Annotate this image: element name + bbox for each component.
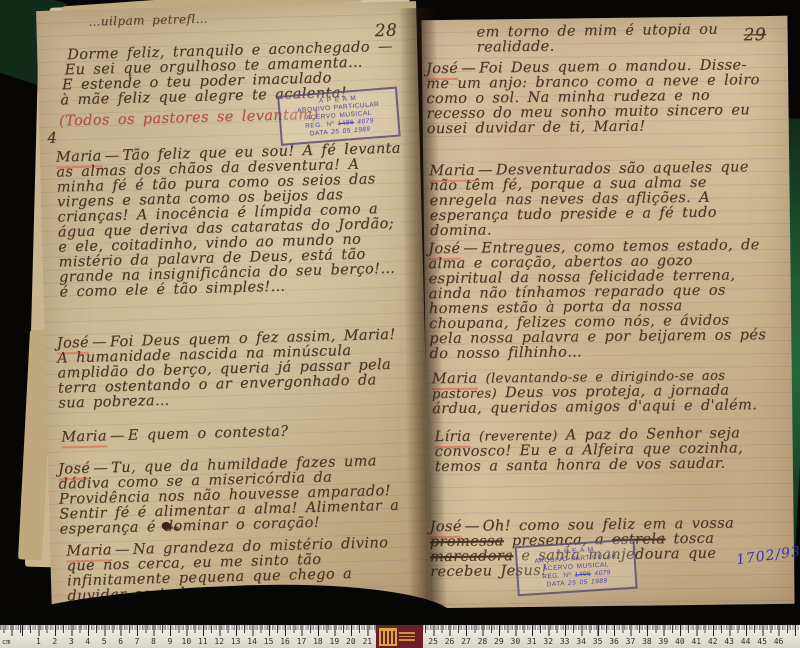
archive-stamp: A P E A M ARQUIVO PARTICULAR ACERVO MUSI… [515, 539, 638, 597]
ruler-number: 34 [576, 637, 586, 646]
ruler-unit-label: cm [2, 638, 10, 646]
speech-maria-2: Maria—E quem o contesta? [61, 421, 411, 445]
building-icon [379, 628, 397, 646]
speaker-dash: — [89, 334, 110, 351]
ruler-number: 4 [85, 637, 90, 646]
ruler-number: 35 [593, 637, 603, 646]
ruler-number: 29 [494, 637, 504, 646]
speech-text: Tão feliz que eu sou! A fé levanta as al… [56, 141, 401, 301]
ruler-number: 43 [724, 637, 734, 646]
ruler-number: 2 [52, 637, 57, 646]
manuscript-photo: …uilpam petrefl… 28 Dorme feliz, tranqui… [0, 0, 800, 648]
ruler-number: 9 [168, 637, 173, 646]
manuscript-page-right: em torno de mim é utopia ou realidade. 2… [421, 16, 794, 608]
cutoff-line-fragment: …uilpam petrefl… [88, 13, 208, 29]
ruler-number: 46 [774, 637, 784, 646]
speech-jose-1: José—Foi Deus quem o mandou. Disse-me um… [426, 58, 767, 137]
ruler-number: 11 [198, 637, 208, 646]
stamp-date-label: DATA [547, 580, 565, 588]
archive-stamp: A P E A M ARQUIVO PARTICULAR ACERVO MUSI… [277, 87, 401, 146]
measuring-ruler: cm 1234567891011121314151617181920212225… [0, 625, 800, 648]
ruler-number: 20 [346, 637, 356, 646]
ruler-number: 1 [36, 637, 41, 646]
stamp-reg-value: 4079 [594, 569, 611, 577]
speaker-dash: — [458, 61, 479, 77]
speech-maria-1: Maria—Tão feliz que eu sou! A fé levanta… [56, 141, 410, 300]
archive-logo [376, 625, 423, 648]
ruler-number: 45 [757, 637, 767, 646]
ruler-number: 15 [264, 637, 274, 646]
speech-maria-2: Maria (levantando-se e dirigindo-se aos … [432, 368, 773, 417]
page-number: 28 [375, 24, 398, 40]
ruler-number: 6 [118, 637, 123, 646]
speech-text: Entregues, como temos estado, de alma e … [428, 237, 766, 362]
speech-text: E quem o contesta? [128, 424, 289, 444]
stamp-reg-struck: 1496 [337, 119, 354, 127]
ruler-number: 39 [659, 637, 669, 646]
ruler-number: 13 [231, 637, 241, 646]
speaker-dash: — [112, 542, 133, 559]
speech-jose-2: José—Tu, que da humildade fazes uma dádi… [58, 453, 414, 537]
ruler-number: 28 [478, 637, 488, 646]
margin-mark: 4 [47, 131, 57, 146]
ruler-number: 14 [247, 637, 257, 646]
ruler-number: 3 [69, 637, 74, 646]
speech-liria: Líria (reverente) A paz do Senhor seja c… [434, 426, 771, 475]
logo-text-lines [399, 632, 415, 641]
ruler-number: 32 [543, 637, 553, 646]
ruler-number: 30 [511, 637, 521, 646]
ruler-number: 8 [151, 637, 156, 646]
speech-maria-1: Maria—Desventurados são aqueles que não … [429, 160, 768, 239]
manuscript-page-left: …uilpam petrefl… 28 Dorme feliz, tranqui… [36, 1, 432, 619]
ruler-number: 25 [428, 637, 438, 646]
ruler-number: 12 [214, 637, 224, 646]
speech-jose-1: José—Foi Deus quem o fez assim, Maria! A… [57, 327, 411, 411]
stamp-reg-struck: 1496 [575, 570, 592, 578]
ruler-number: 7 [135, 637, 140, 646]
stamp-reg-value: 4079 [357, 117, 374, 125]
speech-jose-2: José—Entregues, como temos estado, de al… [428, 238, 769, 362]
ruler-number: 16 [280, 637, 290, 646]
ruler-number: 41 [691, 637, 701, 646]
ruler-number: 5 [102, 637, 107, 646]
speaker-dash: — [107, 428, 128, 445]
ruler-number: 38 [642, 637, 652, 646]
speaker-dash: — [460, 241, 481, 257]
speaker-dash: — [475, 162, 496, 178]
ruler-number: 44 [741, 637, 751, 646]
ruler-number: 31 [527, 637, 537, 646]
stamp-date-label: DATA [310, 129, 329, 137]
ruler-number: 42 [708, 637, 718, 646]
opening-line: em torno de mim é utopia ou realidade. [476, 23, 726, 56]
ruler-number: 33 [560, 637, 570, 646]
ruler-number: 18 [313, 637, 323, 646]
speaker-name: Maria [61, 428, 107, 448]
ruler-number: 27 [461, 637, 471, 646]
ruler-number: 19 [330, 637, 340, 646]
ruler-number: 37 [626, 637, 636, 646]
speaker-dash: — [462, 519, 483, 535]
ruler-number: 26 [445, 637, 455, 646]
ruler-number: 36 [609, 637, 619, 646]
page-number: 29 [744, 28, 767, 43]
stamp-date-value: 25 05 1989 [568, 577, 608, 587]
ruler-number: 40 [675, 637, 685, 646]
ruler-number: 21 [362, 637, 372, 646]
ruler-number: 17 [297, 637, 307, 646]
ruler-number: 10 [182, 637, 192, 646]
